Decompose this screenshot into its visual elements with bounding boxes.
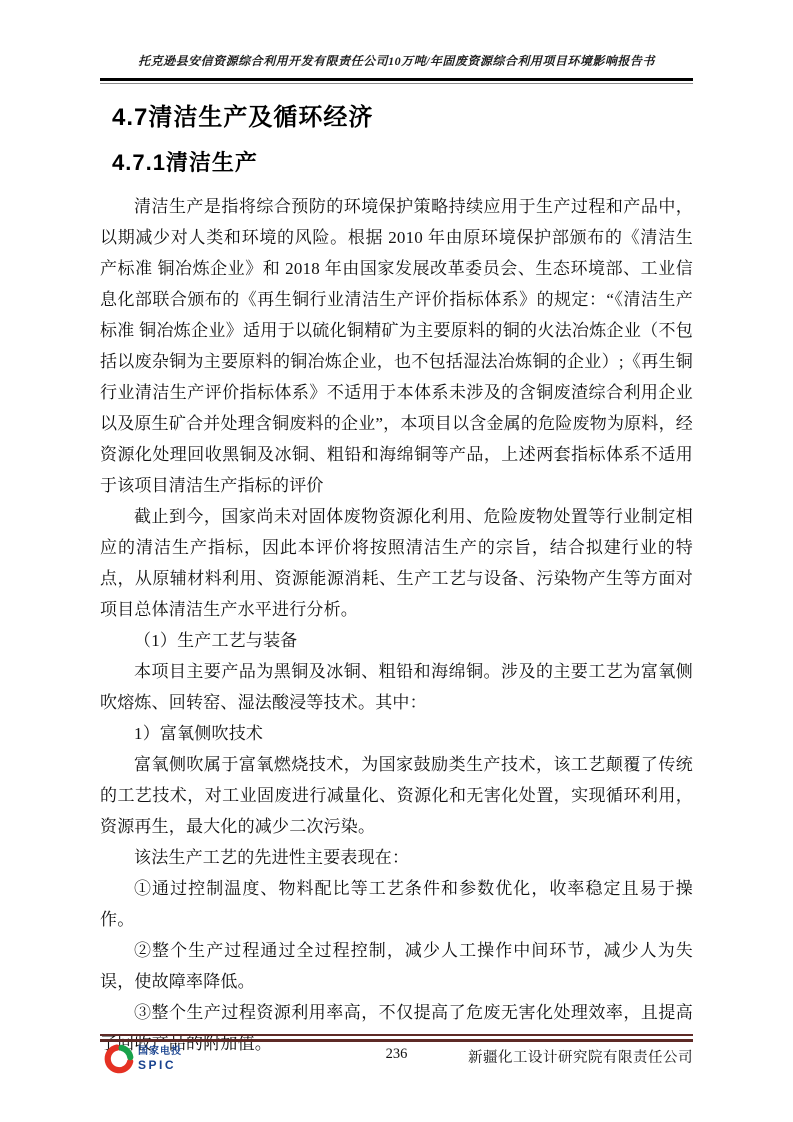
subsection-heading: 4.7.1清洁生产 <box>112 149 693 177</box>
body-text: 清洁生产是指将综合预防的环境保护策略持续应用于生产过程和产品中，以期减少对人类和… <box>100 191 693 1059</box>
body-paragraph: 清洁生产是指将综合预防的环境保护策略持续应用于生产过程和产品中，以期减少对人类和… <box>100 191 693 501</box>
body-paragraph: 1）富氧侧吹技术 <box>100 718 693 749</box>
header-rule <box>100 78 693 84</box>
body-paragraph: 截止到今，国家尚未对固体废物资源化利用、危险废物处置等行业制定相应的清洁生产指标… <box>100 501 693 625</box>
footer-rule <box>100 1034 693 1042</box>
body-paragraph: ①通过控制温度、物料配比等工艺条件和参数优化，收率稳定且易于操作。 <box>100 873 693 935</box>
body-paragraph: 本项目主要产品为黑铜及冰铜、粗铅和海绵铜。涉及的主要工艺为富氧侧吹熔炼、回转窑、… <box>100 656 693 718</box>
body-paragraph: （1）生产工艺与装备 <box>100 625 693 656</box>
header-title: 托克逊县安信资源综合利用开发有限责任公司10万吨/年固废资源综合利用项目环境影响… <box>60 52 733 69</box>
footer-company: 新疆化工设计研究院有限责任公司 <box>468 1046 693 1067</box>
body-paragraph: ②整个生产过程通过全过程控制，减少人工操作中间环节，减少人为失误，使故障率降低。 <box>100 935 693 997</box>
body-paragraph: 富氧侧吹属于富氧燃烧技术，为国家鼓励类生产技术，该工艺颠覆了传统的工艺技术，对工… <box>100 749 693 842</box>
section-heading: 4.7清洁生产及循环经济 <box>112 103 693 133</box>
body-paragraph: 该法生产工艺的先进性主要表现在： <box>100 842 693 873</box>
document-body: 4.7清洁生产及循环经济 4.7.1清洁生产 清洁生产是指将综合预防的环境保护策… <box>100 103 693 1059</box>
document-page: 托克逊县安信资源综合利用开发有限责任公司10万吨/年固废资源综合利用项目环境影响… <box>0 0 793 1122</box>
